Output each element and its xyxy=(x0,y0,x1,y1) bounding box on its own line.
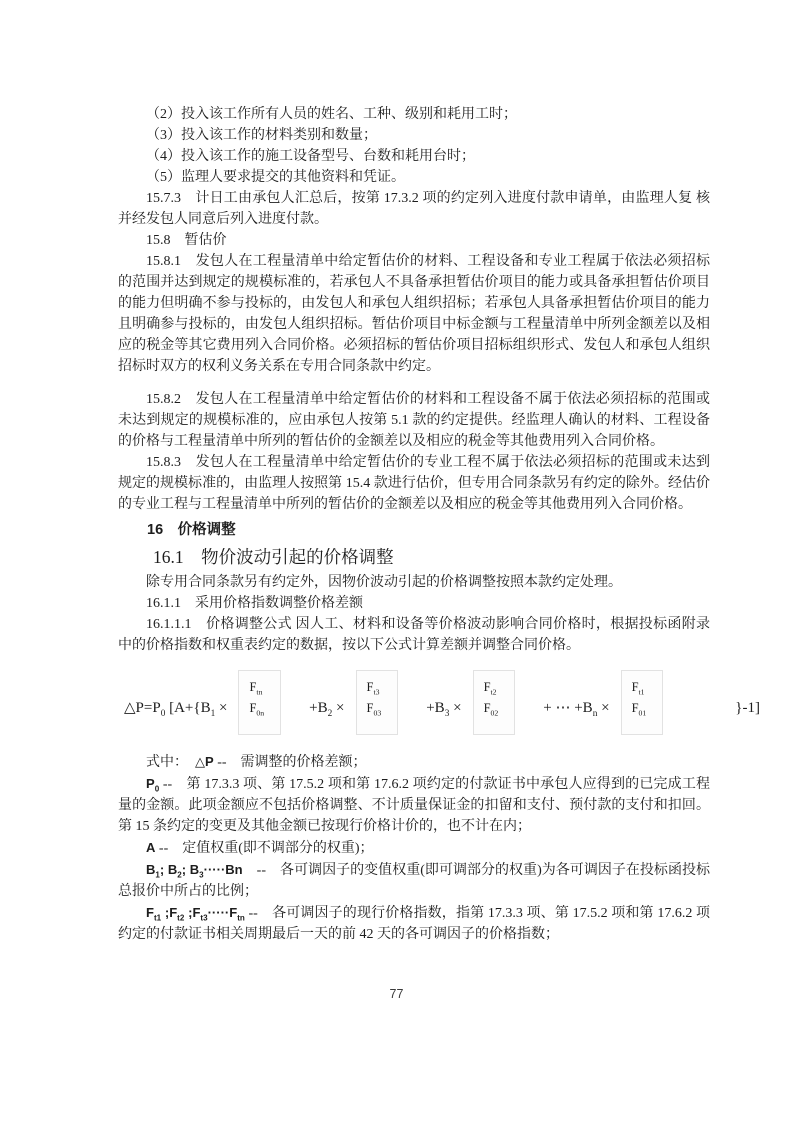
symbol-text: △P xyxy=(195,754,214,769)
fraction-box: FtnF0n xyxy=(238,670,281,735)
definition-intro: 式中： △P -- 需调整的价格差额； xyxy=(118,751,710,773)
clause-16-1-1-1: 16.1.1.1 价格调整公式 因人工、材料和设备等价格波动影响合同价格时，根据… xyxy=(118,614,710,656)
definition-f: Ft1 ;Ft2 ;Ft3·····Ftn -- 各可调因子的现行价格指数，指第… xyxy=(118,902,710,945)
fraction-box: Ft3F03 xyxy=(356,670,399,735)
symbol-text: Ft1 ;Ft2 ;Ft3·····Ftn xyxy=(146,905,245,920)
formula-text: }-1] xyxy=(735,700,760,716)
fraction-numerator: Ft3 xyxy=(367,677,382,698)
formula: △P=P0 [A+{B1 ×FtnF0n+B2 ×Ft3F03+B3 ×Ft2F… xyxy=(118,670,710,735)
clause-16-1-intro: 除专用合同条款另有约定外，因物价波动引起的价格调整按照本款约定处理。 xyxy=(118,572,710,593)
symbol-text: P0 xyxy=(146,776,159,791)
list-item-3: （3）投入该工作的材料类别和数量； xyxy=(118,125,710,146)
list-item-2: （2）投入该工作所有人员的姓名、工种、级别和耗用工时； xyxy=(118,104,710,125)
fraction-box: Ft1F01 xyxy=(621,670,664,735)
formula-text: + ⋯ +Bn × xyxy=(543,700,609,716)
definition-a: A -- 定值权重(即不调部分的权重)； xyxy=(118,837,710,859)
formula-text: +B2 × xyxy=(309,700,344,716)
heading-16-1: 16.1 物价波动引起的价格调整 xyxy=(118,545,710,569)
fraction-denominator: F01 xyxy=(632,698,647,719)
symbol-text: A xyxy=(146,840,155,855)
formula-text: +B3 × xyxy=(426,700,461,716)
symbol-text: B1; B2; B3·····Bn xyxy=(146,862,243,877)
heading-15-8: 15.8 暂估价 xyxy=(118,230,710,251)
fraction-numerator: Ft1 xyxy=(632,677,647,698)
fraction-numerator: Ftn xyxy=(249,677,264,698)
fraction-denominator: F0n xyxy=(249,698,264,719)
definition-b: B1; B2; B3·····Bn -- 各可调因子的变值权重(即可调部分的权重… xyxy=(118,859,710,902)
clause-15-8-1: 15.8.1 发包人在工程量清单中给定暂估价的材料、工程设备和专业工程属于依法必… xyxy=(118,251,710,377)
fraction-box: Ft2F02 xyxy=(473,670,516,735)
list-item-4: （4）投入该工作的施工设备型号、台数和耗用台时； xyxy=(118,146,710,167)
clause-15-8-2: 15.8.2 发包人在工程量清单中给定暂估价的材料和工程设备不属于依法必须招标的… xyxy=(118,389,710,452)
definition-p0: P0 -- 第 17.3.3 项、第 17.5.2 项和第 17.6.2 项约定… xyxy=(118,773,710,837)
fraction-denominator: F03 xyxy=(367,698,382,719)
document-page: （2）投入该工作所有人员的姓名、工种、级别和耗用工时； （3）投入该工作的材料类… xyxy=(0,0,793,1122)
formula-text: △P=P0 [A+{B1 × xyxy=(124,700,227,716)
heading-16: 16 价格调整 xyxy=(118,520,710,541)
fraction-numerator: Ft2 xyxy=(484,677,499,698)
clause-15-7-3: 15.7.3 计日工由承包人汇总后，按第 17.3.2 项的约定列入进度付款申请… xyxy=(118,188,710,230)
list-item-5: （5）监理人要求提交的其他资料和凭证。 xyxy=(118,167,710,188)
clause-15-8-3: 15.8.3 发包人在工程量清单中给定暂估价的专业工程不属于依法必须招标的范围或… xyxy=(118,452,710,515)
page-number: 77 xyxy=(0,984,793,1005)
fraction-denominator: F02 xyxy=(484,698,499,719)
heading-16-1-1: 16.1.1 采用价格指数调整价格差额 xyxy=(118,593,710,614)
